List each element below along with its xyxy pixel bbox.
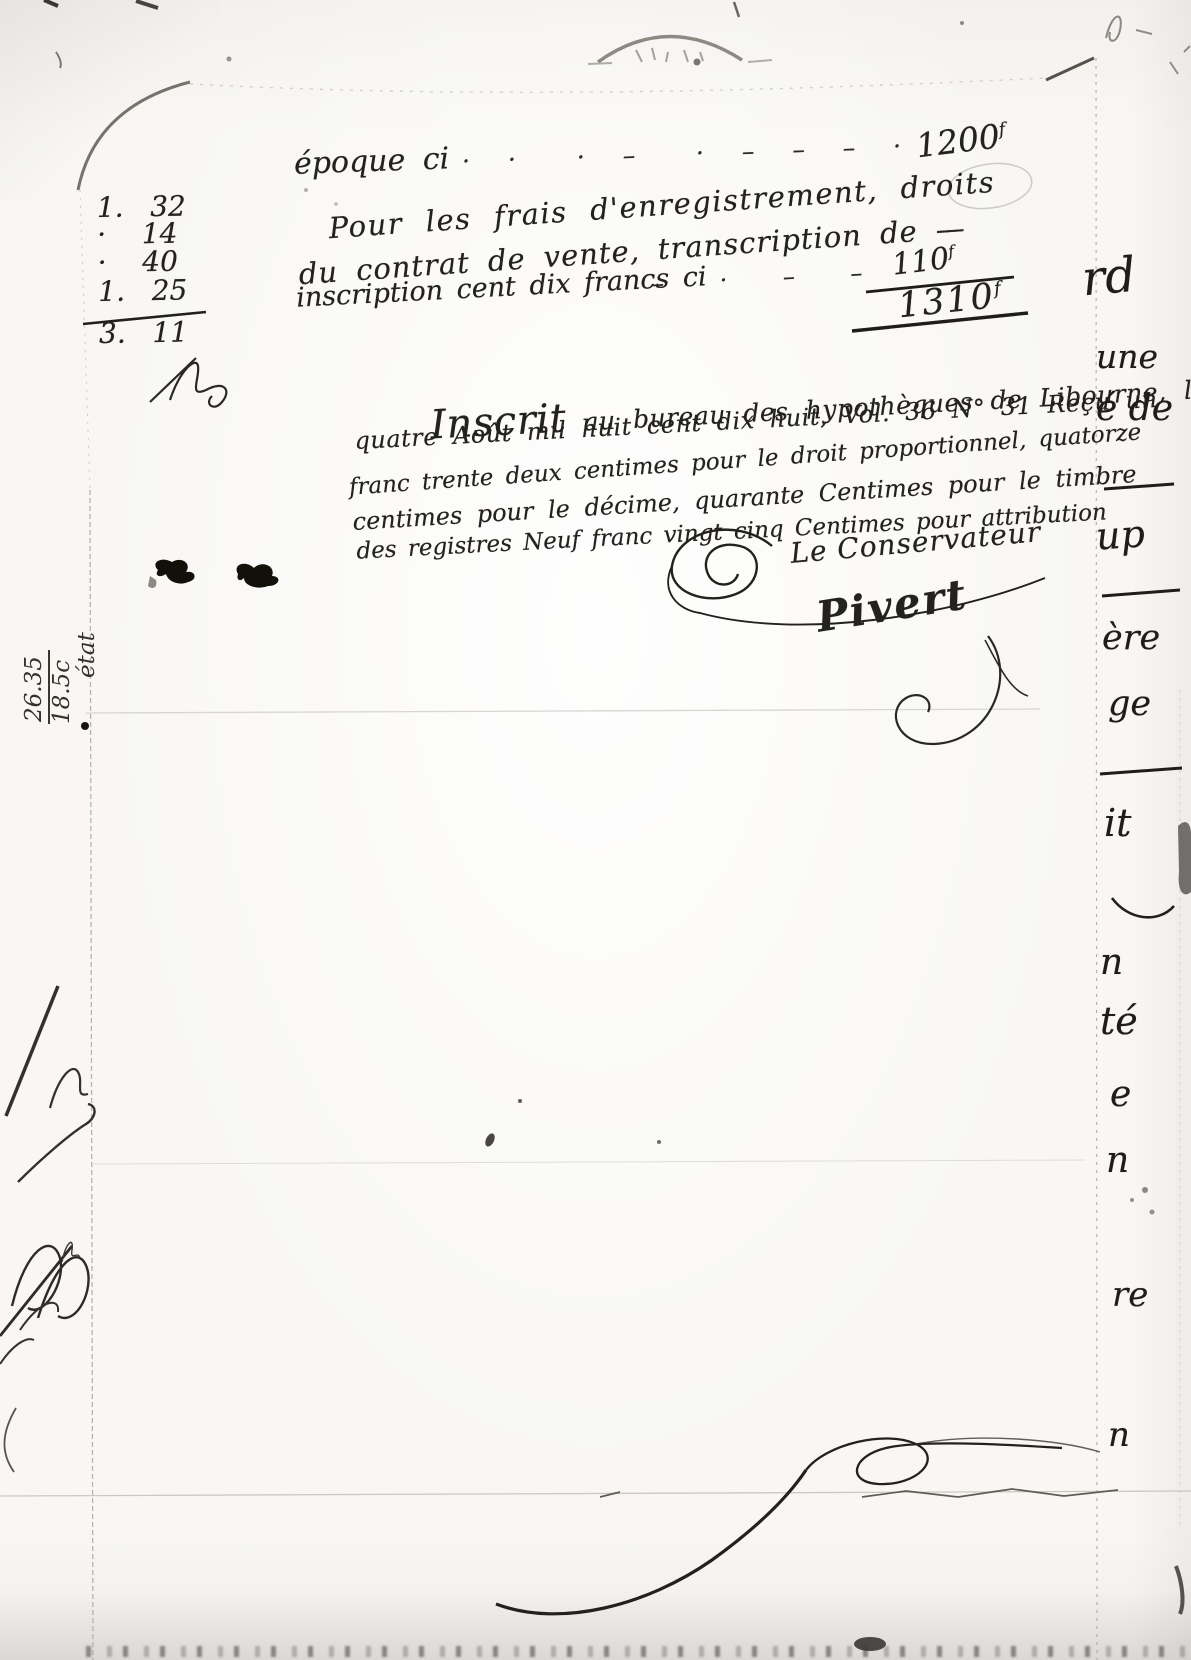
edge-fragment: n [1108, 1418, 1130, 1454]
amount-110: 110f [890, 242, 956, 281]
margin-total-row: 3. 11 [99, 317, 189, 348]
margin-note-denominator: 26.35 [22, 650, 50, 724]
scan-edge-speckle-band [86, 1646, 1191, 1657]
edge-fragment: té [1100, 1002, 1138, 1042]
edge-fragment: rd [1080, 250, 1138, 305]
edge-fragment: ge [1108, 686, 1151, 723]
margin-row: · 40 [97, 247, 178, 278]
margin-note-rotated: 26.35 18.5c état [22, 524, 100, 724]
edge-fragment: e [1110, 1076, 1131, 1114]
margin-calculation: 1. 32 · 14 · 40 1. 25 3. 11 [97, 191, 220, 363]
edge-fragment: up [1095, 514, 1146, 557]
margin-row: 1. 25 [98, 275, 188, 306]
edge-fragment: une [1096, 340, 1158, 375]
edge-fragment: n [1100, 944, 1123, 982]
edge-fragment: re [1112, 1278, 1148, 1314]
margin-note-numerator: 18.5c [50, 524, 75, 724]
edge-fragment: it [1104, 804, 1131, 844]
document-scan: 1. 32 · 14 · 40 1. 25 3. 11 époque ci · … [0, 0, 1191, 1660]
edge-fragment: é de [1096, 390, 1173, 428]
body-line-epoque: époque ci [293, 143, 449, 180]
margin-note-word: état [75, 524, 100, 678]
edge-fragment: n [1106, 1142, 1129, 1180]
edge-fragment: ère [1102, 620, 1160, 657]
